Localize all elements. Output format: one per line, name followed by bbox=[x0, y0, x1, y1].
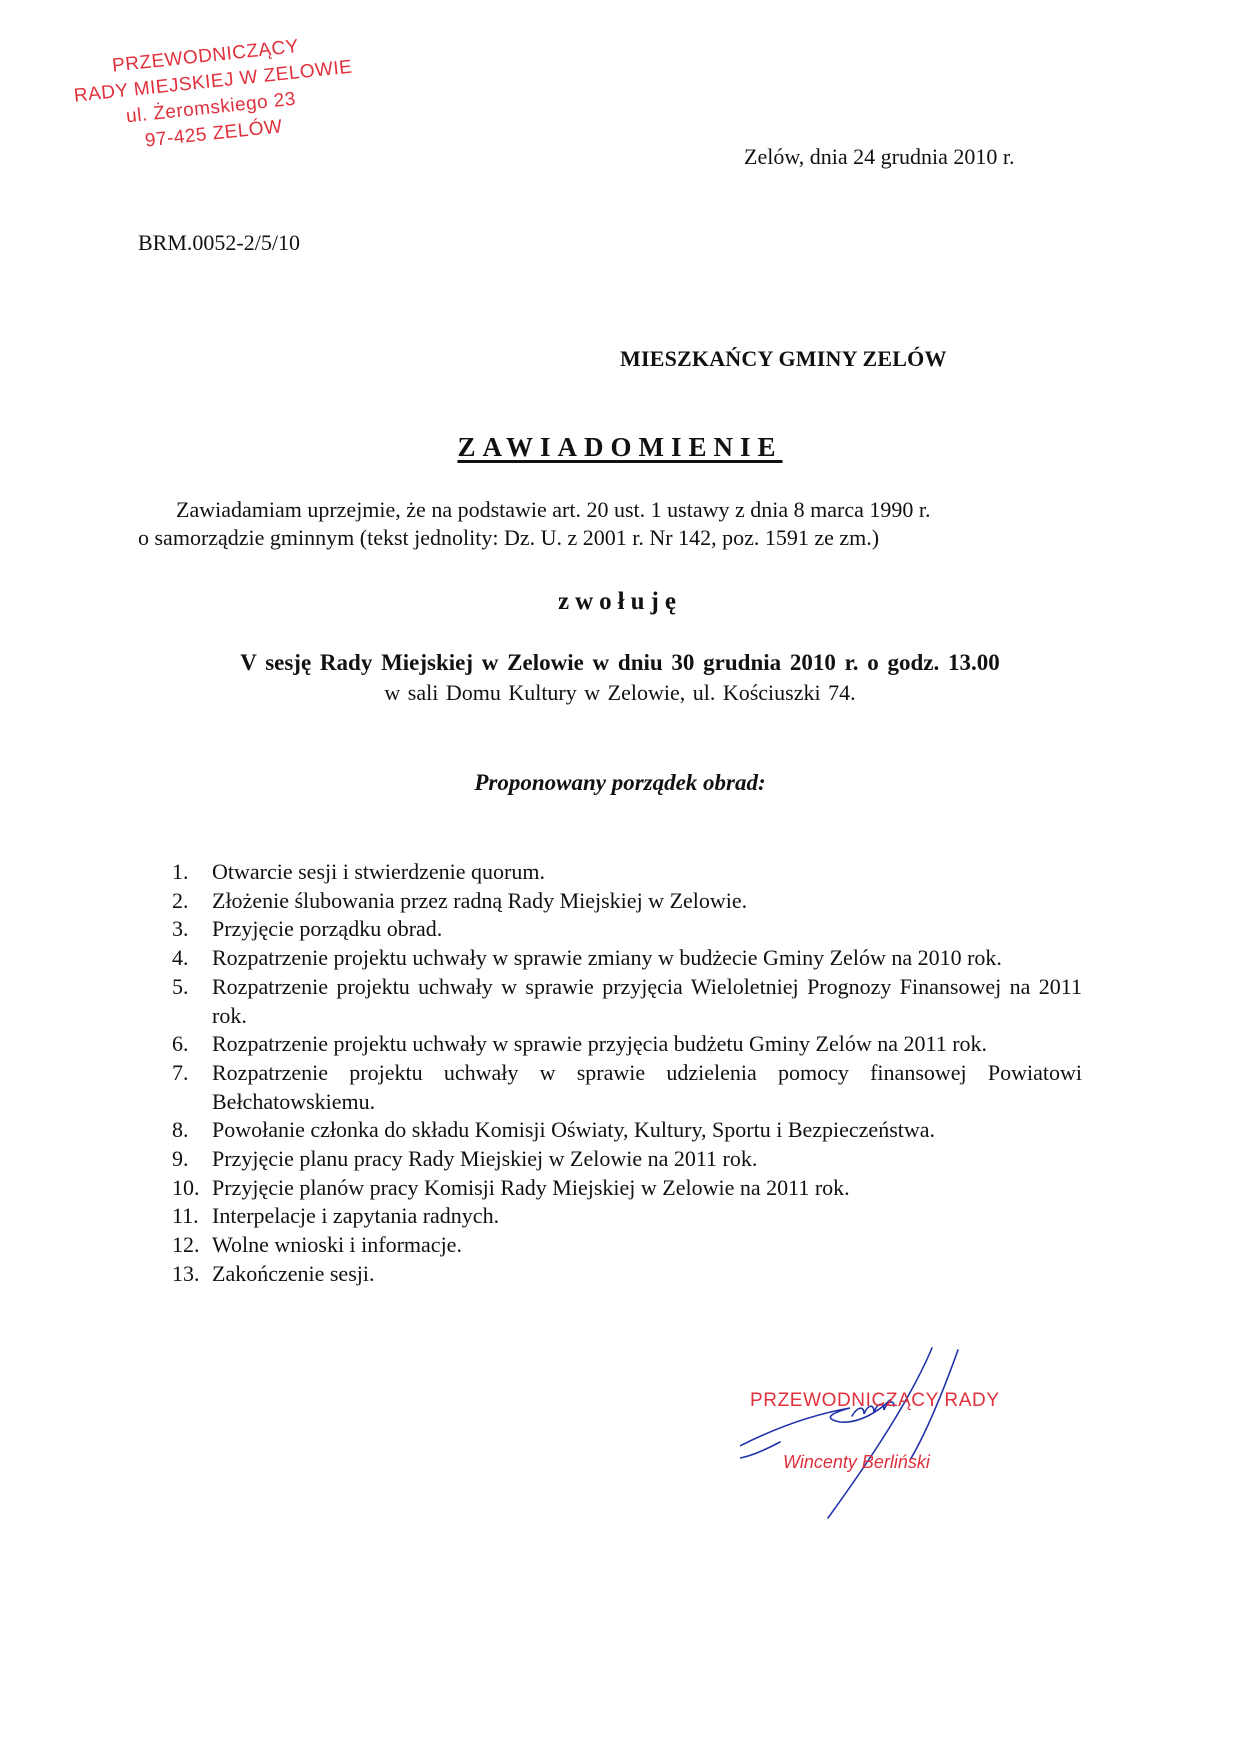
agenda-item-number: 11. bbox=[172, 1202, 212, 1231]
agenda-item: 2.Złożenie ślubowania przez radną Rady M… bbox=[172, 887, 1082, 916]
agenda-item-number: 8. bbox=[172, 1116, 212, 1145]
document-title: ZAWIADOMIENIE bbox=[0, 432, 1240, 463]
agenda-item-text: Wolne wnioski i informacje. bbox=[212, 1231, 1082, 1260]
agenda-item: 7.Rozpatrzenie projektu uchwały w sprawi… bbox=[172, 1059, 1082, 1116]
agenda-item: 4.Rozpatrzenie projektu uchwały w sprawi… bbox=[172, 944, 1082, 973]
agenda-item-text: Rozpatrzenie projektu uchwały w sprawie … bbox=[212, 1030, 1082, 1059]
agenda-item-number: 12. bbox=[172, 1231, 212, 1260]
agenda-item: 8.Powołanie członka do składu Komisji Oś… bbox=[172, 1116, 1082, 1145]
agenda-item-text: Zakończenie sesji. bbox=[212, 1260, 1082, 1289]
reference-number: BRM.0052-2/5/10 bbox=[138, 230, 300, 256]
signature-stamp-title: PRZEWODNICZĄCY RADY bbox=[750, 1390, 1000, 1412]
agenda-item-text: Otwarcie sesji i stwierdzenie quorum. bbox=[212, 858, 1082, 887]
agenda-item-text: Powołanie członka do składu Komisji Oświ… bbox=[212, 1116, 1082, 1145]
agenda-item: 1.Otwarcie sesji i stwierdzenie quorum. bbox=[172, 858, 1082, 887]
date-line: Zelów, dnia 24 grudnia 2010 r. bbox=[744, 144, 1014, 170]
handwritten-signature-icon bbox=[740, 1340, 1000, 1530]
agenda-item-number: 1. bbox=[172, 858, 212, 887]
agenda-list: 1.Otwarcie sesji i stwierdzenie quorum.2… bbox=[172, 858, 1082, 1289]
agenda-title: Proponowany porządek obrad: bbox=[0, 770, 1240, 796]
venue-line: w sali Domu Kultury w Zelowie, ul. Kości… bbox=[0, 680, 1240, 706]
agenda-item-text: Przyjęcie porządku obrad. bbox=[212, 915, 1082, 944]
session-line: V sesję Rady Miejskiej w Zelowie w dniu … bbox=[0, 650, 1240, 676]
agenda-item: 13.Zakończenie sesji. bbox=[172, 1260, 1082, 1289]
intro-line-1: Zawiadamiam uprzejmie, że na podstawie a… bbox=[138, 496, 1058, 524]
agenda-item: 11.Interpelacje i zapytania radnych. bbox=[172, 1202, 1082, 1231]
agenda-item: 12.Wolne wnioski i informacje. bbox=[172, 1231, 1082, 1260]
agenda-item: 10.Przyjęcie planów pracy Komisji Rady M… bbox=[172, 1174, 1082, 1203]
agenda-item-text: Rozpatrzenie projektu uchwały w sprawie … bbox=[212, 1059, 1082, 1116]
agenda-item-number: 5. bbox=[172, 973, 212, 1030]
agenda-item-number: 3. bbox=[172, 915, 212, 944]
agenda-item-text: Interpelacje i zapytania radnych. bbox=[212, 1202, 1082, 1231]
agenda-item-text: Rozpatrzenie projektu uchwały w sprawie … bbox=[212, 973, 1082, 1030]
signature-stamp-name: Wincenty Berliński bbox=[783, 1452, 930, 1473]
recipient: MIESZKAŃCY GMINY ZELÓW bbox=[620, 346, 947, 372]
agenda-item-number: 7. bbox=[172, 1059, 212, 1116]
agenda-item-number: 13. bbox=[172, 1260, 212, 1289]
agenda-item-text: Przyjęcie planów pracy Komisji Rady Miej… bbox=[212, 1174, 1082, 1203]
agenda-item-number: 6. bbox=[172, 1030, 212, 1059]
intro-paragraph: Zawiadamiam uprzejmie, że na podstawie a… bbox=[138, 496, 1058, 552]
agenda-item: 6.Rozpatrzenie projektu uchwały w sprawi… bbox=[172, 1030, 1082, 1059]
agenda-item-number: 9. bbox=[172, 1145, 212, 1174]
intro-line-2: o samorządzie gminnym (tekst jednolity: … bbox=[138, 524, 1058, 552]
agenda-item-text: Złożenie ślubowania przez radną Rady Mie… bbox=[212, 887, 1082, 916]
agenda-item-number: 4. bbox=[172, 944, 212, 973]
agenda-item-number: 10. bbox=[172, 1174, 212, 1203]
agenda-item-text: Rozpatrzenie projektu uchwały w sprawie … bbox=[212, 944, 1082, 973]
agenda-item: 5.Rozpatrzenie projektu uchwały w sprawi… bbox=[172, 973, 1082, 1030]
convene-heading: zwołuję bbox=[0, 588, 1240, 616]
agenda-item-text: Przyjęcie planu pracy Rady Miejskiej w Z… bbox=[212, 1145, 1082, 1174]
agenda-item-number: 2. bbox=[172, 887, 212, 916]
agenda-item: 9.Przyjęcie planu pracy Rady Miejskiej w… bbox=[172, 1145, 1082, 1174]
agenda-item: 3.Przyjęcie porządku obrad. bbox=[172, 915, 1082, 944]
header-stamp: PRZEWODNICZĄCY RADY MIEJSKIEJ W ZELOWIE … bbox=[70, 30, 349, 162]
